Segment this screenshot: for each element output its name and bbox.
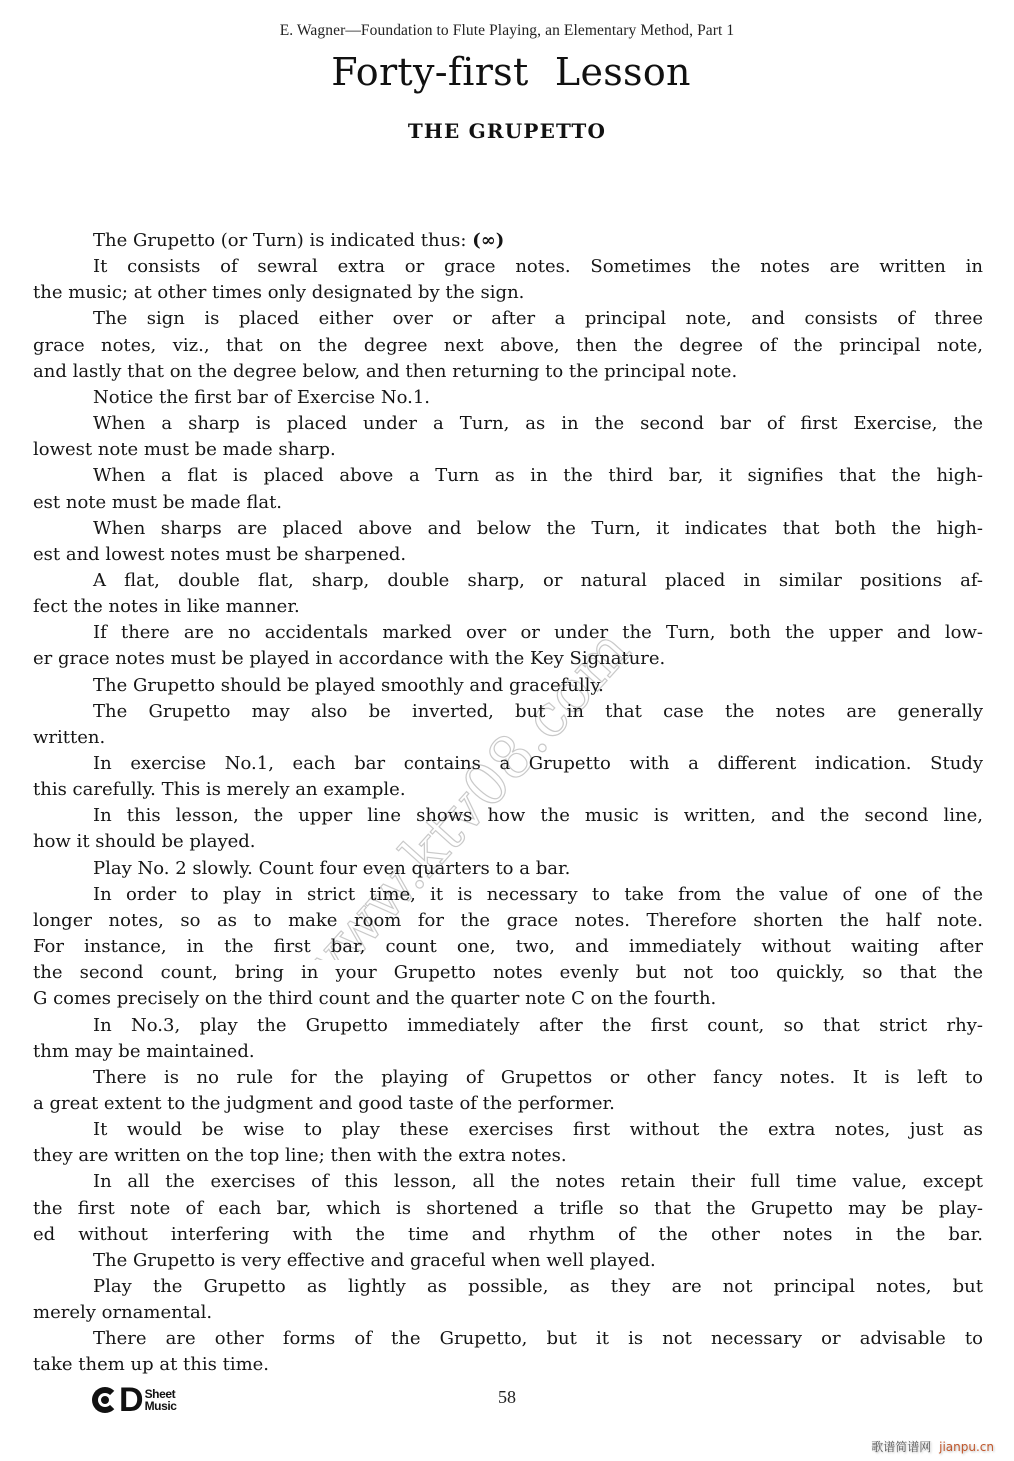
paragraph-first-line: Play the Grupetto as lightly as possible… (93, 1274, 983, 1300)
line-text: There is no rule for the playing of Grup… (93, 1067, 983, 1088)
paragraph-line: the first note of each bar, which is sho… (33, 1196, 983, 1222)
line-text: When sharps are placed above and below t… (93, 518, 983, 539)
line-text: how it should be played. (33, 831, 256, 852)
line-text: er grace notes must be played in accorda… (33, 648, 665, 669)
turn-sign-icon: (∞) (472, 230, 504, 251)
paragraph-line: the music; at other times only designate… (33, 280, 524, 306)
paragraph-first-line: In order to play in strict time, it is n… (93, 882, 983, 908)
paragraph-first-line: There are other forms of the Grupetto, b… (93, 1326, 983, 1352)
site-watermark-url: jianpu.cn (939, 1440, 994, 1454)
line-text: For instance, in the first bar, count on… (33, 936, 983, 957)
paragraph-first-line: The Grupetto should be played smoothly a… (93, 673, 604, 699)
line-text: merely ornamental. (33, 1302, 212, 1323)
paragraph-line: the second count, bring in your Grupetto… (33, 960, 983, 986)
line-text: In exercise No.1, each bar contains a Gr… (93, 753, 983, 774)
line-text: The Grupetto is very effective and grace… (93, 1250, 656, 1271)
paragraph-line: est note must be made flat. (33, 490, 282, 516)
page-number: 58 (0, 1387, 1014, 1408)
line-text: a great extent to the judgment and good … (33, 1093, 615, 1114)
paragraph-line: longer notes, so as to make room for the… (33, 908, 983, 934)
paragraph-line: they are written on the top line; then w… (33, 1143, 567, 1169)
paragraph-line: thm may be maintained. (33, 1039, 255, 1065)
paragraph-first-line: When sharps are placed above and below t… (93, 516, 983, 542)
paragraph-line: written. (33, 725, 105, 751)
paragraph-line: lowest note must be made sharp. (33, 437, 336, 463)
line-text: written. (33, 727, 105, 748)
paragraph-line: grace notes, viz., that on the degree ne… (33, 333, 983, 359)
paragraph-line: est and lowest notes must be sharpened. (33, 542, 406, 568)
paragraph-first-line: When a sharp is placed under a Turn, as … (93, 411, 983, 437)
line-text: If there are no accidentals marked over … (93, 622, 983, 643)
paragraph-first-line: The Grupetto (or Turn) is indicated thus… (93, 228, 504, 254)
paragraph-first-line: It consists of sewral extra or grace not… (93, 254, 983, 280)
line-text: The Grupetto (or Turn) is indicated thus… (93, 230, 472, 251)
paragraph-first-line: In all the exercises of this lesson, all… (93, 1169, 983, 1195)
paragraph-line: how it should be played. (33, 829, 256, 855)
paragraph-first-line: A flat, double flat, sharp, double sharp… (93, 568, 983, 594)
lesson-title: Forty-first Lesson (0, 50, 1014, 94)
line-text: The Grupetto should be played smoothly a… (93, 675, 604, 696)
line-text: est note must be made flat. (33, 492, 282, 513)
paragraph-first-line: Notice the first bar of Exercise No.1. (93, 385, 430, 411)
paragraph-line: For instance, in the first bar, count on… (33, 934, 983, 960)
line-text: take them up at this time. (33, 1354, 269, 1375)
paragraph-first-line: The Grupetto is very effective and grace… (93, 1248, 656, 1274)
line-text: the second count, bring in your Grupetto… (33, 962, 983, 983)
line-text: In this lesson, the upper line shows how… (93, 805, 983, 826)
line-text: they are written on the top line; then w… (33, 1145, 567, 1166)
line-text: The sign is placed either over or after … (93, 308, 983, 329)
line-text: longer notes, so as to make room for the… (33, 910, 983, 931)
line-text: It consists of sewral extra or grace not… (93, 256, 983, 277)
line-text: When a flat is placed above a Turn as in… (93, 465, 983, 486)
line-text: The Grupetto may also be inverted, but i… (93, 701, 983, 722)
paragraph-line: fect the notes in like manner. (33, 594, 300, 620)
paragraph-line: take them up at this time. (33, 1352, 269, 1378)
line-text: G comes precisely on the third count and… (33, 988, 716, 1009)
paragraph-line: and lastly that on the degree below, and… (33, 359, 737, 385)
line-text: It would be wise to play these exercises… (93, 1119, 983, 1140)
paragraph-first-line: In this lesson, the upper line shows how… (93, 803, 983, 829)
paragraph-first-line: The sign is placed either over or after … (93, 306, 983, 332)
paragraph-first-line: When a flat is placed above a Turn as in… (93, 463, 983, 489)
line-text: and lastly that on the degree below, and… (33, 361, 737, 382)
paragraph-first-line: In No.3, play the Grupetto immediately a… (93, 1013, 983, 1039)
lesson-subtitle: THE GRUPETTO (0, 119, 1014, 143)
line-text: In No.3, play the Grupetto immediately a… (93, 1015, 983, 1036)
paragraph-first-line: If there are no accidentals marked over … (93, 620, 983, 646)
paragraph-first-line: It would be wise to play these exercises… (93, 1117, 983, 1143)
site-watermark: 歌谱简谱网 jianpu.cn (871, 1438, 994, 1455)
paragraph-line: G comes precisely on the third count and… (33, 986, 716, 1012)
line-text: est and lowest notes must be sharpened. (33, 544, 406, 565)
line-text: the music; at other times only designate… (33, 282, 524, 303)
paragraph-line: a great extent to the judgment and good … (33, 1091, 615, 1117)
paragraph-line: ed without interfering with the time and… (33, 1222, 983, 1248)
line-text: lowest note must be made sharp. (33, 439, 336, 460)
line-text: A flat, double flat, sharp, double sharp… (93, 570, 983, 591)
line-text: Play No. 2 slowly. Count four even quart… (93, 858, 570, 879)
line-text: ed without interfering with the time and… (33, 1224, 983, 1245)
paragraph-first-line: Play No. 2 slowly. Count four even quart… (93, 856, 570, 882)
line-text: Notice the first bar of Exercise No.1. (93, 387, 430, 408)
line-text: There are other forms of the Grupetto, b… (93, 1328, 983, 1349)
line-text: this carefully. This is merely an exampl… (33, 779, 406, 800)
line-text: When a sharp is placed under a Turn, as … (93, 413, 983, 434)
line-text: the first note of each bar, which is sho… (33, 1198, 983, 1219)
site-watermark-chinese: 歌谱简谱网 (871, 1440, 931, 1454)
paragraph-line: merely ornamental. (33, 1300, 212, 1326)
line-text: grace notes, viz., that on the degree ne… (33, 335, 983, 356)
line-text: In order to play in strict time, it is n… (93, 884, 983, 905)
paragraph-first-line: In exercise No.1, each bar contains a Gr… (93, 751, 983, 777)
line-text: thm may be maintained. (33, 1041, 255, 1062)
running-head: E. Wagner—Foundation to Flute Playing, a… (0, 22, 1014, 40)
line-text: Play the Grupetto as lightly as possible… (93, 1276, 983, 1297)
paragraph-line: er grace notes must be played in accorda… (33, 646, 665, 672)
paragraph-line: this carefully. This is merely an exampl… (33, 777, 406, 803)
paragraph-first-line: There is no rule for the playing of Grup… (93, 1065, 983, 1091)
line-text: fect the notes in like manner. (33, 596, 300, 617)
paragraph-first-line: The Grupetto may also be inverted, but i… (93, 699, 983, 725)
line-text: In all the exercises of this lesson, all… (93, 1171, 983, 1192)
